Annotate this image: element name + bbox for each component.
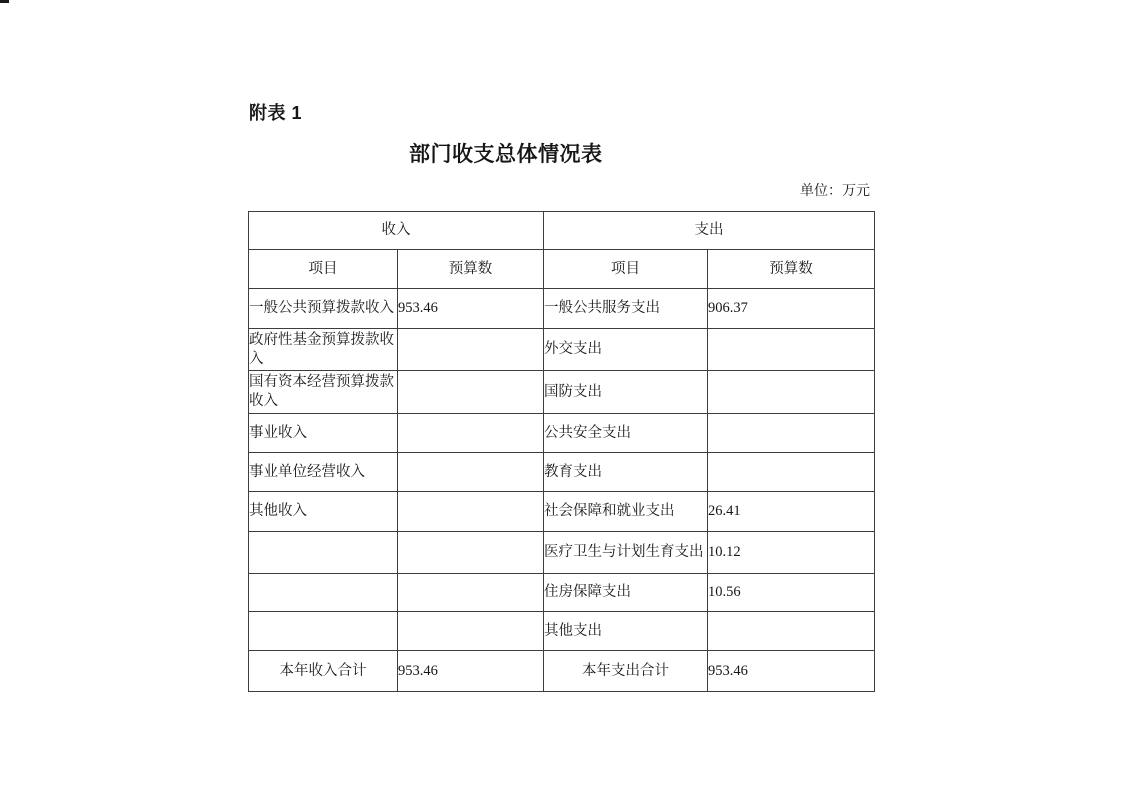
income-total-value-cell: 953.46: [398, 651, 544, 692]
income-item-cell: 国有资本经营预算拨款收入: [249, 371, 398, 414]
expense-budget-cell: [708, 371, 875, 414]
expense-item-cell: 公共安全支出: [544, 414, 708, 453]
expense-item-cell: 医疗卫生与计划生育支出: [544, 532, 708, 574]
expense-total-value-cell: 953.46: [708, 651, 875, 692]
income-budget-cell: [398, 414, 544, 453]
income-budget-cell: [398, 453, 544, 492]
income-budget-cell: [398, 612, 544, 651]
table-row: 其他收入 社会保障和就业支出 26.41: [249, 492, 875, 532]
table-row: 其他支出: [249, 612, 875, 651]
income-total-label-cell: 本年收入合计: [249, 651, 398, 692]
table-row: 事业单位经营收入 教育支出: [249, 453, 875, 492]
table-row: 政府性基金预算拨款收入 外交支出: [249, 329, 875, 371]
expense-total-label-cell: 本年支出合计: [544, 651, 708, 692]
group-header-income: 收入: [249, 212, 544, 250]
scan-corner-artifact: [0, 0, 9, 3]
annex-label: 附表 1: [249, 101, 302, 125]
table-row: 事业收入 公共安全支出: [249, 414, 875, 453]
income-budget-cell: [398, 532, 544, 574]
expense-budget-cell: 10.56: [708, 574, 875, 612]
expense-item-cell: 社会保障和就业支出: [544, 492, 708, 532]
expense-item-cell: 住房保障支出: [544, 574, 708, 612]
expense-budget-cell: [708, 453, 875, 492]
expense-item-cell: 外交支出: [544, 329, 708, 371]
table-column-header-row: 项目 预算数 项目 预算数: [249, 250, 875, 289]
income-budget-cell: [398, 574, 544, 612]
expense-budget-cell: 26.41: [708, 492, 875, 532]
income-item-cell: 政府性基金预算拨款收入: [249, 329, 398, 371]
income-item-cell: [249, 612, 398, 651]
table-total-row: 本年收入合计 953.46 本年支出合计 953.46: [249, 651, 875, 692]
income-item-cell: 事业单位经营收入: [249, 453, 398, 492]
expense-item-cell: 一般公共服务支出: [544, 289, 708, 329]
table-row: 医疗卫生与计划生育支出 10.12: [249, 532, 875, 574]
expense-item-cell: 国防支出: [544, 371, 708, 414]
budget-summary-table: 收入 支出 项目 预算数 项目 预算数 一般公共预算拨款收入 953.46 一般…: [248, 211, 875, 692]
table-group-header-row: 收入 支出: [249, 212, 875, 250]
expense-budget-cell: [708, 329, 875, 371]
expense-budget-cell: [708, 414, 875, 453]
expense-budget-cell: 906.37: [708, 289, 875, 329]
expense-item-cell: 其他支出: [544, 612, 708, 651]
column-header-expense-item: 项目: [544, 250, 708, 289]
column-header-expense-budget: 预算数: [708, 250, 875, 289]
table-row: 一般公共预算拨款收入 953.46 一般公共服务支出 906.37: [249, 289, 875, 329]
page-title: 部门收支总体情况表: [409, 140, 603, 170]
document-page: 附表 1 部门收支总体情况表 单位：万元 收入 支出 项目 预算数 项目 预算数…: [0, 0, 1122, 793]
expense-budget-cell: [708, 612, 875, 651]
table-row: 国有资本经营预算拨款收入 国防支出: [249, 371, 875, 414]
expense-item-cell: 教育支出: [544, 453, 708, 492]
expense-budget-cell: 10.12: [708, 532, 875, 574]
income-item-cell: 事业收入: [249, 414, 398, 453]
income-budget-cell: 953.46: [398, 289, 544, 329]
income-item-cell: 其他收入: [249, 492, 398, 532]
table-row: 住房保障支出 10.56: [249, 574, 875, 612]
unit-note: 单位：万元: [800, 183, 870, 201]
income-budget-cell: [398, 371, 544, 414]
income-item-cell: [249, 574, 398, 612]
income-item-cell: [249, 532, 398, 574]
income-budget-cell: [398, 329, 544, 371]
column-header-income-budget: 预算数: [398, 250, 544, 289]
group-header-expense: 支出: [544, 212, 875, 250]
column-header-income-item: 项目: [249, 250, 398, 289]
income-budget-cell: [398, 492, 544, 532]
income-item-cell: 一般公共预算拨款收入: [249, 289, 398, 329]
